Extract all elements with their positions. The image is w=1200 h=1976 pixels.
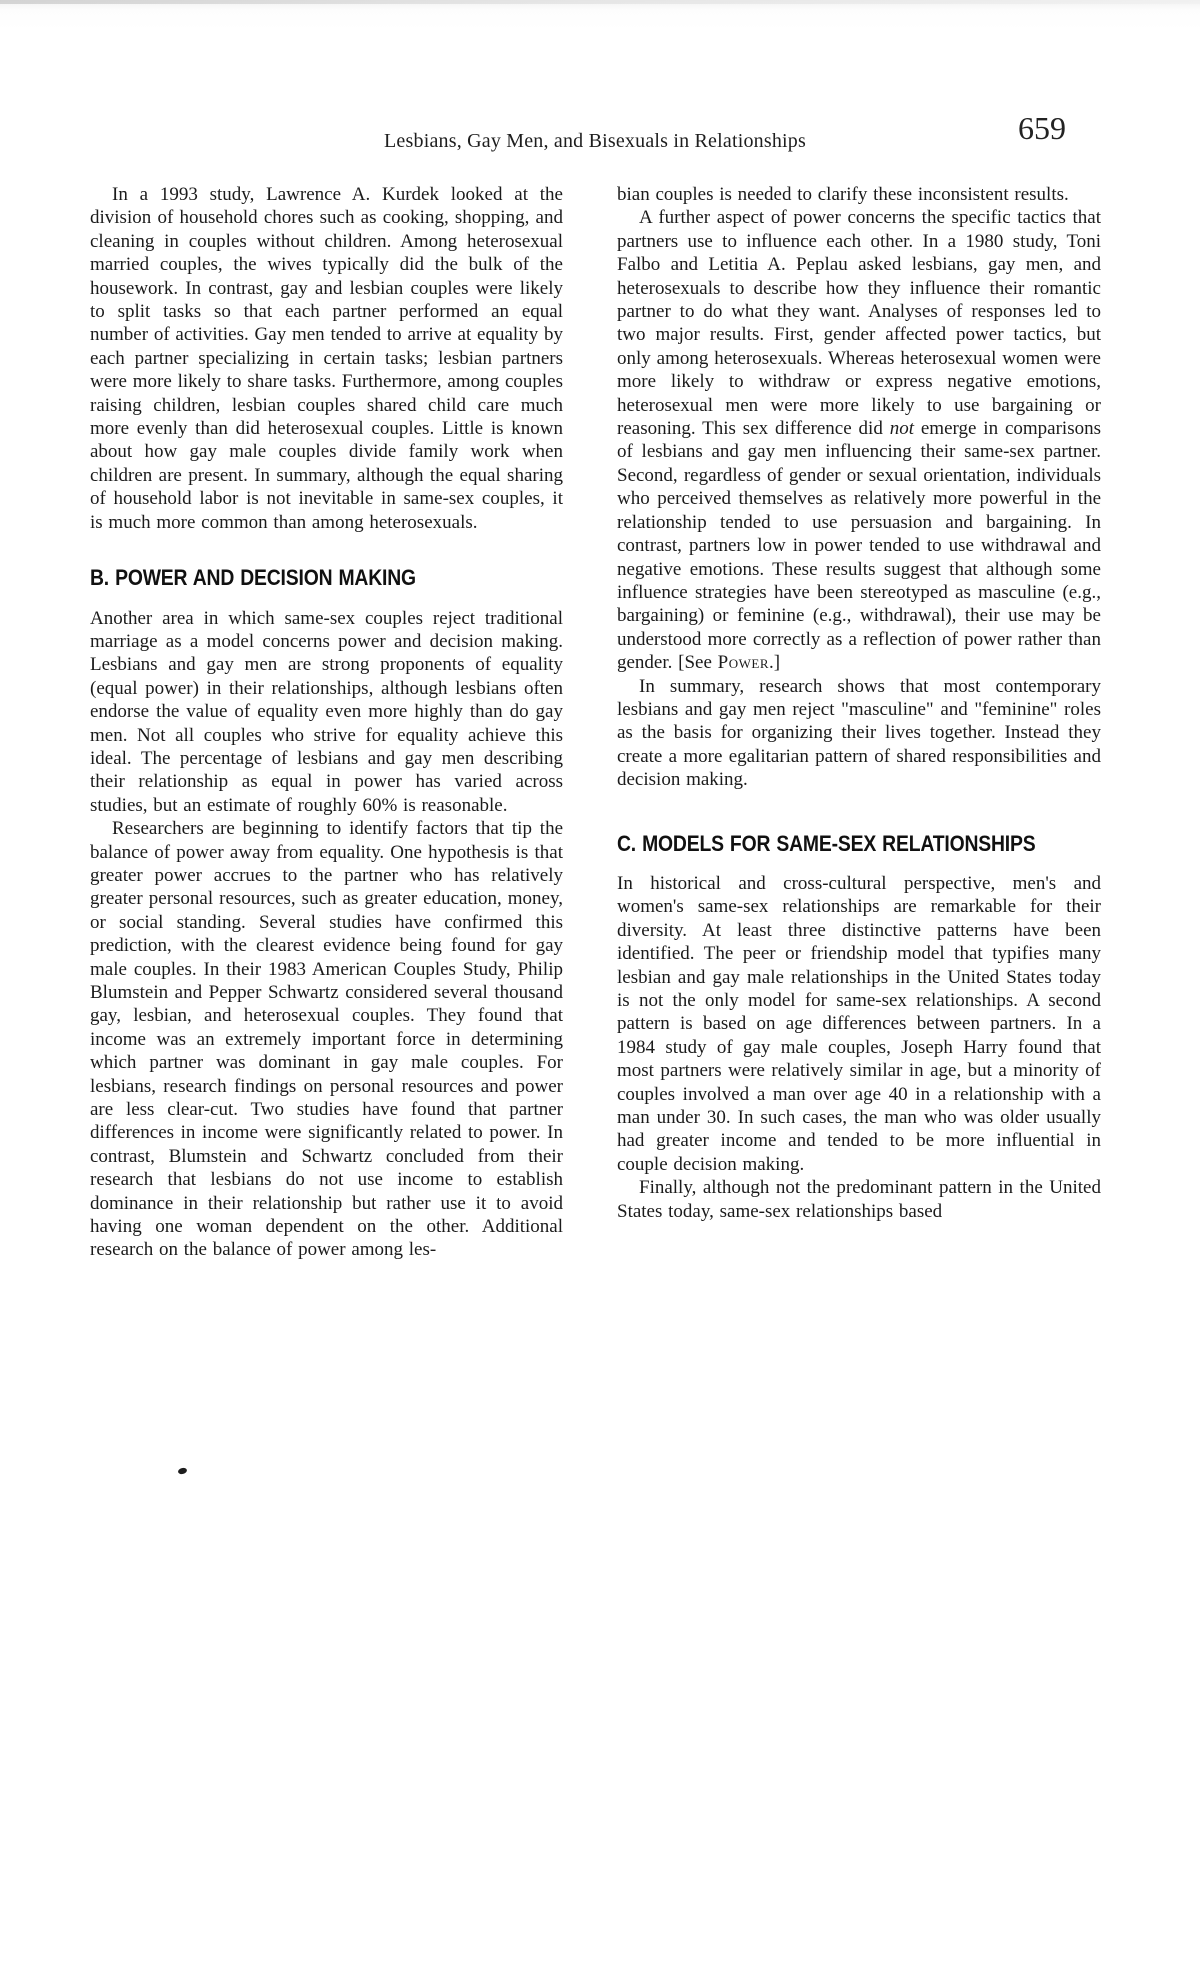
paragraph-segment: A further aspect of power concerns the s… bbox=[617, 207, 1101, 439]
paragraph-household-chores: In a 1993 study, Lawrence A. Kurdek look… bbox=[90, 183, 563, 534]
smallcaps-cross-reference-power: Power bbox=[718, 652, 769, 673]
book-page: Lesbians, Gay Men, and Bisexuals in Rela… bbox=[0, 0, 1200, 1976]
paragraph-relationship-models: In historical and cross-cultural perspec… bbox=[617, 872, 1101, 1176]
paragraph-equality-ideal: Another area in which same-sex couples r… bbox=[90, 607, 563, 818]
paragraph-segment: .] bbox=[769, 652, 780, 673]
ink-speck bbox=[177, 1467, 187, 1475]
page-number: 659 bbox=[1018, 110, 1066, 147]
section-heading-power-decision-making: B. POWER AND DECISION MAKING bbox=[90, 566, 506, 589]
running-head: Lesbians, Gay Men, and Bisexuals in Rela… bbox=[90, 130, 1100, 153]
paragraph-balance-of-power: Researchers are beginning to identify fa… bbox=[90, 817, 563, 1262]
scan-edge-artifact bbox=[0, 0, 1200, 4]
right-column: bian couples is needed to clarify these … bbox=[617, 183, 1101, 1223]
italic-word-not: not bbox=[890, 418, 914, 439]
paragraph-finally: Finally, although not the predominant pa… bbox=[617, 1176, 1101, 1223]
paragraph-segment: emerge in comparisons of lesbians and ga… bbox=[617, 418, 1101, 673]
section-heading-models-same-sex-relationships: C. MODELS FOR SAME-SEX RELATIONSHIPS bbox=[617, 832, 1043, 855]
paragraph-summary-egalitarian: In summary, research shows that most con… bbox=[617, 675, 1101, 792]
paragraph-continuation: bian couples is needed to clarify these … bbox=[617, 183, 1101, 206]
left-column: In a 1993 study, Lawrence A. Kurdek look… bbox=[90, 183, 563, 1262]
paragraph-power-tactics: A further aspect of power concerns the s… bbox=[617, 206, 1101, 674]
